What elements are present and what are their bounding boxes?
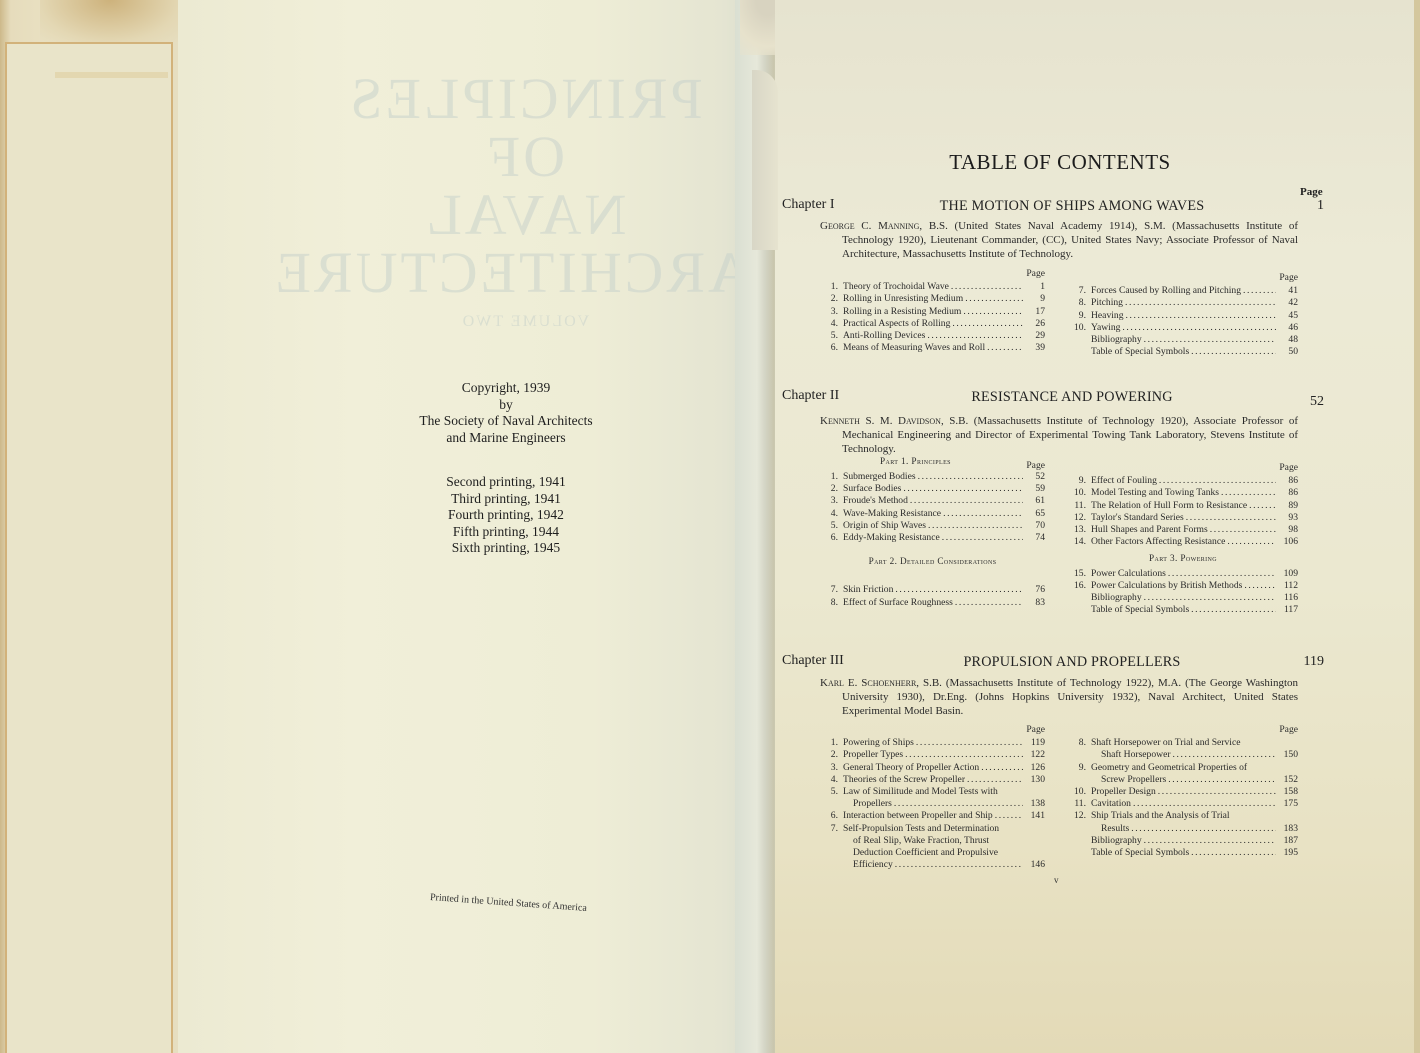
entry-page: 187: [1276, 835, 1298, 847]
entry-page: 126: [1023, 762, 1045, 774]
page-tab: [55, 72, 168, 78]
printing-item: Sixth printing, 1945: [390, 540, 622, 557]
entry-label: Model Testing and Towing Tanks: [1091, 487, 1276, 499]
entry-number: 6.: [820, 342, 843, 354]
entry-label: Skin Friction: [843, 584, 1023, 596]
entry-label: Geometry and Geometrical Properties of: [1091, 762, 1298, 774]
entry-label: Rolling in a Resisting Medium: [843, 306, 1023, 318]
chapter-2-author: Kenneth S. M. Davidson, S.B. (Massachuse…: [820, 414, 1298, 456]
toc-entry[interactable]: Bibliography48: [1068, 334, 1298, 346]
chapter-number: Chapter I: [782, 197, 834, 213]
entry-page: 117: [1276, 604, 1298, 616]
toc-entry[interactable]: Shaft Horsepower150: [1068, 749, 1298, 761]
entry-number: 4.: [820, 774, 843, 786]
entry-continuation: of Real Slip, Wake Fraction, Thrust: [820, 835, 1045, 847]
toc-entry[interactable]: 3.General Theory of Propeller Action126: [820, 762, 1045, 774]
page-curl: [752, 70, 778, 250]
chapter-number: Chapter III: [782, 653, 844, 669]
entry-number: 12.: [1068, 810, 1091, 822]
toc-entry[interactable]: 10.Model Testing and Towing Tanks86: [1068, 487, 1298, 499]
page-label: Page: [820, 268, 1045, 280]
toc-entry[interactable]: 6.Eddy-Making Resistance74: [820, 532, 1045, 544]
entry-page: 146: [1023, 859, 1045, 871]
entry-number: 8.: [1068, 297, 1091, 309]
bleed-line-1: PRINCIPLES OF: [300, 70, 750, 186]
entry-page: 122: [1023, 749, 1045, 761]
entry-page: 48: [1276, 334, 1298, 346]
page-stain: [40, 0, 180, 42]
entry-number: 2.: [820, 749, 843, 761]
toc-entry[interactable]: 4.Practical Aspects of Rolling26: [820, 318, 1045, 330]
entry-page: 98: [1276, 524, 1298, 536]
entry-number: 13.: [1068, 524, 1091, 536]
entry-page: 1: [1023, 281, 1045, 293]
chapter-2-heading: Chapter II RESISTANCE AND POWERING 52: [782, 388, 1312, 408]
entry-page: 70: [1023, 520, 1045, 532]
entry-label: Effect of Fouling: [1091, 475, 1276, 487]
toc-entry[interactable]: Table of Special Symbols117: [1068, 604, 1298, 616]
entry-page: 83: [1023, 597, 1045, 609]
bleed-line-2: NAVAL ARCHITECTURE: [300, 186, 750, 302]
page-label: Page: [820, 724, 1045, 736]
entry-label: Eddy-Making Resistance: [843, 532, 1023, 544]
entry-page: 158: [1276, 786, 1298, 798]
entry-page: 152: [1276, 774, 1298, 786]
toc-entry[interactable]: 4.Theories of the Screw Propeller130: [820, 774, 1045, 786]
chapter-page: 52: [1310, 394, 1324, 410]
entry-label: Shaft Horsepower on Trial and Service: [1091, 737, 1298, 749]
entry-label: Other Factors Affecting Resistance: [1091, 536, 1276, 548]
entry-number: 5.: [820, 520, 843, 532]
entry-page: 50: [1276, 346, 1298, 358]
toc-entry[interactable]: 5.Anti-Rolling Devices29: [820, 330, 1045, 342]
chapter-3-author: Karl E. Schoenherr, S.B. (Massachusetts …: [820, 676, 1298, 718]
toc-entry[interactable]: Table of Special Symbols50: [1068, 346, 1298, 358]
toc-entry[interactable]: 5.Law of Similitude and Model Tests with: [820, 786, 1045, 798]
chapter-2-sections-left: Part 1. PrinciplesPage1.Submerged Bodies…: [820, 458, 1045, 609]
chapter-1-heading: Chapter I THE MOTION OF SHIPS AMONG WAVE…: [782, 197, 1312, 217]
entry-label: Yawing: [1091, 322, 1276, 334]
entry-page: 39: [1023, 342, 1045, 354]
entry-page: 26: [1023, 318, 1045, 330]
chapter-2-sections-right: Page9.Effect of Fouling8610.Model Testin…: [1068, 462, 1298, 616]
entry-label: Results: [1101, 823, 1276, 835]
toc-entry[interactable]: 4.Wave-Making Resistance65: [820, 508, 1045, 520]
entry-number: 14.: [1068, 536, 1091, 548]
entry-label: Surface Bodies: [843, 483, 1023, 495]
copyright-block: Copyright, 1939 by The Society of Naval …: [390, 380, 622, 557]
entry-page: 93: [1276, 512, 1298, 524]
entry-page: 86: [1276, 475, 1298, 487]
entry-page: 106: [1276, 536, 1298, 548]
entry-number: 16.: [1068, 580, 1091, 592]
entry-label: Ship Trials and the Analysis of Trial: [1091, 810, 1298, 822]
entry-label: Bibliography: [1091, 592, 1276, 604]
entry-label: Bibliography: [1091, 334, 1276, 346]
entry-label: Pitching: [1091, 297, 1276, 309]
entry-label: Self-Propulsion Tests and Determination: [843, 823, 1045, 835]
toc-entry[interactable]: Propellers138: [820, 798, 1045, 810]
toc-entry[interactable]: 1.Powering of Ships119: [820, 737, 1045, 749]
page-label: Page: [1068, 462, 1298, 474]
entry-label: Rolling in Unresisting Medium: [843, 293, 1023, 305]
copyright-line: Copyright, 1939: [390, 380, 622, 397]
toc-entry[interactable]: 14.Other Factors Affecting Resistance106: [1068, 536, 1298, 548]
toc-entry[interactable]: 9.Effect of Fouling86: [1068, 475, 1298, 487]
printings-list: Second printing, 1941 Third printing, 19…: [390, 474, 622, 557]
entry-number: 3.: [820, 762, 843, 774]
toc-title: TABLE OF CONTENTS: [940, 150, 1180, 175]
entry-label: Forces Caused by Rolling and Pitching: [1091, 285, 1276, 297]
chapter-3-sections-left: Page1.Powering of Ships1192.Propeller Ty…: [820, 724, 1045, 871]
toc-entry[interactable]: Table of Special Symbols195: [1068, 847, 1298, 859]
entry-label: General Theory of Propeller Action: [843, 762, 1023, 774]
entry-number: 10.: [1068, 786, 1091, 798]
entry-label: Interaction between Propeller and Ship: [843, 810, 1023, 822]
entry-page: 109: [1276, 568, 1298, 580]
entry-label: Wave-Making Resistance: [843, 508, 1023, 520]
entry-number: 5.: [820, 330, 843, 342]
entry-page: 9: [1023, 293, 1045, 305]
entry-page: 45: [1276, 310, 1298, 322]
page-label: Page: [1026, 460, 1045, 472]
toc-entry[interactable]: 8.Pitching42: [1068, 297, 1298, 309]
entry-number: 7.: [820, 823, 843, 835]
entry-label: Theory of Trochoidal Wave: [843, 281, 1023, 293]
entry-number: 4.: [820, 508, 843, 520]
bleed-through-title: PRINCIPLES OF NAVAL ARCHITECTURE VOLUME …: [300, 70, 750, 342]
toc-entry[interactable]: 15.Power Calculations109: [1068, 568, 1298, 580]
entry-number: 10.: [1068, 487, 1091, 499]
toc-entry[interactable]: 16.Power Calculations by British Methods…: [1068, 580, 1298, 592]
entry-label: Means of Measuring Waves and Roll: [843, 342, 1023, 354]
entry-number: 9.: [1068, 762, 1091, 774]
entry-label: Anti-Rolling Devices: [843, 330, 1023, 342]
part-header-row: Part 1. PrinciplesPage: [820, 458, 1045, 471]
entry-page: 52: [1023, 471, 1045, 483]
entry-label: The Relation of Hull Form to Resistance: [1091, 500, 1276, 512]
entry-page: 74: [1023, 532, 1045, 544]
entry-page: 119: [1023, 737, 1045, 749]
toc-entry[interactable]: Results183: [1068, 823, 1298, 835]
page-number: v: [1054, 875, 1059, 885]
entry-number: 1.: [820, 737, 843, 749]
entry-number: 9.: [1068, 310, 1091, 322]
entry-continuation: Deduction Coefficient and Propulsive: [820, 847, 1045, 859]
entry-number: 3.: [820, 306, 843, 318]
toc-entry[interactable]: Efficiency146: [820, 859, 1045, 871]
printing-item: Second printing, 1941: [390, 474, 622, 491]
toc-entry[interactable]: 8.Effect of Surface Roughness83: [820, 597, 1045, 609]
toc-entry[interactable]: 2.Rolling in Unresisting Medium9: [820, 293, 1045, 305]
entry-number: 10.: [1068, 322, 1091, 334]
entry-number: 6.: [820, 810, 843, 822]
entry-label: Effect of Surface Roughness: [843, 597, 1023, 609]
entry-page: 141: [1023, 810, 1045, 822]
entry-number: 1.: [820, 281, 843, 293]
entry-number: 7.: [1068, 285, 1091, 297]
chapter-title: THE MOTION OF SHIPS AMONG WAVES: [872, 198, 1272, 215]
toc-entry[interactable]: 7.Self-Propulsion Tests and Determinatio…: [820, 823, 1045, 835]
printing-item: Third printing, 1941: [390, 491, 622, 508]
entry-number: 8.: [820, 597, 843, 609]
entry-number: 6.: [820, 532, 843, 544]
printing-item: Fourth printing, 1942: [390, 507, 622, 524]
entry-number: 11.: [1068, 500, 1091, 512]
toc-entry[interactable]: 13.Hull Shapes and Parent Forms98: [1068, 524, 1298, 536]
page-label: Page: [1068, 724, 1298, 736]
entry-number: 8.: [1068, 737, 1091, 749]
author-name: Karl E. Schoenherr: [820, 677, 916, 689]
entry-label: Screw Propellers: [1101, 774, 1276, 786]
entry-label: Shaft Horsepower: [1101, 749, 1276, 761]
toc-entry[interactable]: 5.Origin of Ship Waves70: [820, 520, 1045, 532]
chapter-1-sections-left: Page1.Theory of Trochoidal Wave12.Rollin…: [820, 268, 1045, 354]
toc-entry[interactable]: 3.Froude's Method61: [820, 495, 1045, 507]
chapter-page: 1: [1317, 198, 1324, 214]
entry-page: 150: [1276, 749, 1298, 761]
entry-page: 17: [1023, 306, 1045, 318]
toc-entry[interactable]: 12.Ship Trials and the Analysis of Trial: [1068, 810, 1298, 822]
entry-number: 9.: [1068, 475, 1091, 487]
toc-entry[interactable]: 9.Geometry and Geometrical Properties of: [1068, 762, 1298, 774]
entry-label: Power Calculations by British Methods: [1091, 580, 1276, 592]
printing-item: Fifth printing, 1944: [390, 524, 622, 541]
entry-label: Bibliography: [1091, 835, 1276, 847]
toc-entry[interactable]: Screw Propellers152: [1068, 774, 1298, 786]
toc-entry[interactable]: Bibliography187: [1068, 835, 1298, 847]
entry-label: Froude's Method: [843, 495, 1023, 507]
entry-label: Law of Similitude and Model Tests with: [843, 786, 1045, 798]
entry-number: 2.: [820, 293, 843, 305]
entry-number: 2.: [820, 483, 843, 495]
entry-page: 138: [1023, 798, 1045, 810]
entry-label: Taylor's Standard Series: [1091, 512, 1276, 524]
bleed-subtitle: VOLUME TWO: [300, 302, 750, 342]
entry-number: 15.: [1068, 568, 1091, 580]
toc-entry[interactable]: 1.Theory of Trochoidal Wave1: [820, 281, 1045, 293]
entry-label: Table of Special Symbols: [1091, 604, 1276, 616]
toc-entry[interactable]: 6.Means of Measuring Waves and Roll39: [820, 342, 1045, 354]
entry-label: Propeller Design: [1091, 786, 1276, 798]
entry-label: Hull Shapes and Parent Forms: [1091, 524, 1276, 536]
copyright-publisher: The Society of Naval Architects: [390, 413, 622, 430]
entry-number: 5.: [820, 786, 843, 798]
copyright-by: by: [390, 397, 622, 414]
entry-label: Power Calculations: [1091, 568, 1276, 580]
entry-page: 86: [1276, 487, 1298, 499]
entry-page: 42: [1276, 297, 1298, 309]
author-name: George C. Manning: [820, 220, 919, 232]
entry-page: 195: [1276, 847, 1298, 859]
entry-page: 61: [1023, 495, 1045, 507]
entry-number: 1.: [820, 471, 843, 483]
copyright-publisher-2: and Marine Engineers: [390, 430, 622, 447]
entry-page: 89: [1276, 500, 1298, 512]
chapter-page: 119: [1304, 654, 1324, 670]
entry-label: Origin of Ship Waves: [843, 520, 1023, 532]
toc-entry[interactable]: 11.The Relation of Hull Form to Resistan…: [1068, 500, 1298, 512]
toc-entry[interactable]: 8.Shaft Horsepower on Trial and Service: [1068, 737, 1298, 749]
entry-number: 4.: [820, 318, 843, 330]
entry-page: 183: [1276, 823, 1298, 835]
entry-label: Heaving: [1091, 310, 1276, 322]
chapter-number: Chapter II: [782, 388, 839, 404]
part-label: Part 3. Powering: [1068, 552, 1298, 564]
toc-entry[interactable]: 11.Cavitation175: [1068, 798, 1298, 810]
entry-page: 29: [1023, 330, 1045, 342]
entry-page: 65: [1023, 508, 1045, 520]
toc-entry[interactable]: 10.Yawing46: [1068, 322, 1298, 334]
toc-entry[interactable]: Bibliography116: [1068, 592, 1298, 604]
entry-label: Cavitation: [1091, 798, 1276, 810]
entry-page: 175: [1276, 798, 1298, 810]
toc-entry[interactable]: 10.Propeller Design158: [1068, 786, 1298, 798]
entry-number: 3.: [820, 495, 843, 507]
toc-entry[interactable]: 2.Propeller Types122: [820, 749, 1045, 761]
chapter-1-author: George C. Manning, B.S. (United States N…: [820, 219, 1298, 261]
entry-label: Practical Aspects of Rolling: [843, 318, 1023, 330]
toc-entry[interactable]: 7.Skin Friction76: [820, 584, 1045, 596]
toc-entry[interactable]: 6.Interaction between Propeller and Ship…: [820, 810, 1045, 822]
toc-entry[interactable]: 2.Surface Bodies59: [820, 483, 1045, 495]
entry-page: 59: [1023, 483, 1045, 495]
chapter-1-sections-right: Page7.Forces Caused by Rolling and Pitch…: [1068, 272, 1298, 358]
entry-label: Propellers: [853, 798, 1023, 810]
entry-page: 46: [1276, 322, 1298, 334]
entry-page: 41: [1276, 285, 1298, 297]
part-label: Part 2. Detailed Considerations: [820, 555, 1045, 567]
chapter-title: RESISTANCE AND POWERING: [872, 389, 1272, 406]
toc-entry[interactable]: 1.Submerged Bodies52: [820, 471, 1045, 483]
toc-entry[interactable]: 12.Taylor's Standard Series93: [1068, 512, 1298, 524]
entry-number: 7.: [820, 584, 843, 596]
entry-label: Submerged Bodies: [843, 471, 1023, 483]
chapter-3-sections-right: Page8.Shaft Horsepower on Trial and Serv…: [1068, 724, 1298, 859]
part-label: Part 1. Principles: [880, 455, 951, 467]
entry-number: 12.: [1068, 512, 1091, 524]
entry-page: 116: [1276, 592, 1298, 604]
entry-number: 11.: [1068, 798, 1091, 810]
author-name: Kenneth S. M. Davidson: [820, 415, 941, 427]
toc-entry[interactable]: 9.Heaving45: [1068, 310, 1298, 322]
toc-entry[interactable]: 3.Rolling in a Resisting Medium17: [820, 306, 1045, 318]
entry-label: Theories of the Screw Propeller: [843, 774, 1023, 786]
toc-entry[interactable]: 7.Forces Caused by Rolling and Pitching4…: [1068, 285, 1298, 297]
chapter-3-heading: Chapter III PROPULSION AND PROPELLERS 11…: [782, 653, 1312, 673]
entry-page: 112: [1276, 580, 1298, 592]
entry-label: Table of Special Symbols: [1091, 346, 1276, 358]
entry-page: 76: [1023, 584, 1045, 596]
entry-page: 130: [1023, 774, 1045, 786]
entry-label: Propeller Types: [843, 749, 1023, 761]
right-page-edge: [1414, 0, 1420, 1053]
back-page-edge: [5, 42, 173, 1053]
chapter-title: PROPULSION AND PROPELLERS: [872, 654, 1272, 671]
page-label: Page: [1068, 272, 1298, 284]
entry-label: Table of Special Symbols: [1091, 847, 1276, 859]
entry-label: Powering of Ships: [843, 737, 1023, 749]
entry-label: Efficiency: [853, 859, 1023, 871]
